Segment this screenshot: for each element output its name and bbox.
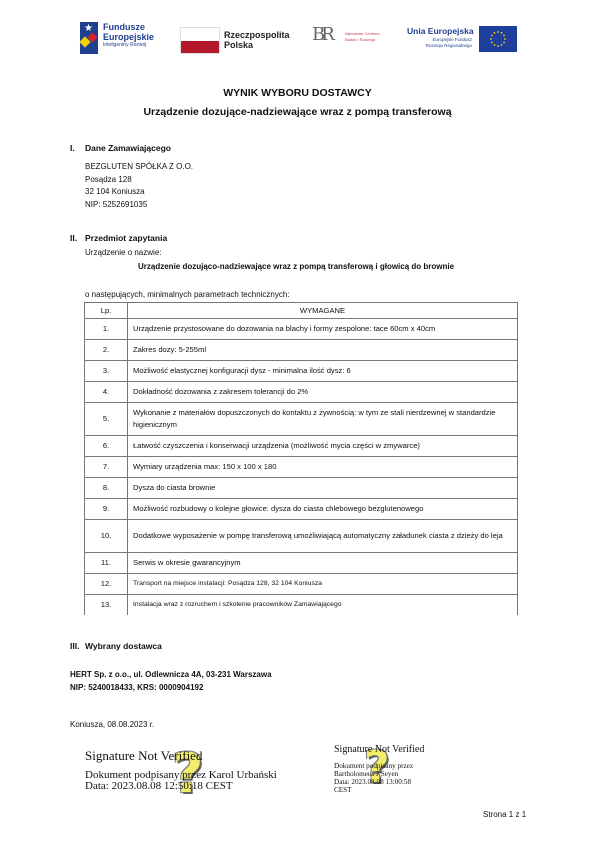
fundusze-line1: Fundusze bbox=[103, 22, 154, 32]
ncbr-line2: Badań i Rozwoju bbox=[345, 37, 380, 43]
polska-line1: Rzeczpospolita bbox=[224, 30, 290, 40]
unia-europejska-subtitle: Europejski Fundusz Rozwoju Regionalnego bbox=[412, 37, 472, 49]
table-row: 3.Możliwość elastycznej konfiguracji dys… bbox=[85, 361, 518, 382]
row-requirement: Transport na miejsce instalacji: Posądza… bbox=[128, 574, 518, 595]
row-number: 7. bbox=[85, 457, 128, 478]
row-number: 6. bbox=[85, 436, 128, 457]
polish-flag-icon bbox=[180, 27, 220, 54]
fundusze-line2: Europejskie bbox=[103, 32, 154, 42]
section-1-number: I. bbox=[70, 143, 75, 153]
document-title: WYNIK WYBORU DOSTAWCY bbox=[0, 87, 595, 99]
ue-sub2: Rozwoju Regionalnego bbox=[412, 43, 472, 49]
row-requirement: Możliwość rozbudowy o kolejne głowice: d… bbox=[128, 499, 518, 520]
row-number: 9. bbox=[85, 499, 128, 520]
row-number: 13. bbox=[85, 595, 128, 616]
section-3-title: Wybrany dostawca bbox=[85, 641, 162, 651]
table-row: 8.Dysza do ciasta brownie bbox=[85, 478, 518, 499]
device-intro: Urządzenie o nazwie: bbox=[85, 247, 161, 260]
ncbr-logo-icon: BR bbox=[312, 24, 331, 45]
signature-date: Data: 2023.08.08 12:50:18 CEST bbox=[85, 781, 277, 792]
supplier-details: HERT Sp. z o.o., ul. Odlewnicza 4A, 03-2… bbox=[70, 669, 272, 694]
document-subtitle: Urządzenie dozujące-nadziewające wraz z … bbox=[0, 106, 595, 118]
buyer-city: 32 104 Koniusza bbox=[85, 186, 193, 199]
row-requirement: Serwis w okresie gwarancyjnym bbox=[128, 553, 518, 574]
place-date: Koniusza, 08.08.2023 r. bbox=[70, 719, 154, 732]
ncbr-name: Narodowe Centrum Badań i Rozwoju bbox=[345, 31, 380, 43]
table-row: 9.Możliwość rozbudowy o kolejne głowice:… bbox=[85, 499, 518, 520]
row-requirement: Urządzenie przystosowane do dozowania na… bbox=[128, 319, 518, 340]
row-requirement: Wymiary urządzenia max: 150 x 100 x 180 bbox=[128, 457, 518, 478]
signature-status: Signature Not Verified bbox=[85, 748, 202, 764]
row-requirement: Łatwość czyszczenia i konserwacji urządz… bbox=[128, 436, 518, 457]
signature-date: Data: 2023.08.08 13:00:58 bbox=[334, 778, 413, 786]
row-number: 11. bbox=[85, 553, 128, 574]
buyer-street: Posądza 128 bbox=[85, 174, 193, 187]
table-row: 6.Łatwość czyszczenia i konserwacji urzą… bbox=[85, 436, 518, 457]
supplier-ids: NIP: 5240018433, KRS: 0000904192 bbox=[70, 682, 272, 695]
table-row: 1.Urządzenie przystosowane do dozowania … bbox=[85, 319, 518, 340]
logo-bar: ★ Fundusze Europejskie Inteligentny Rozw… bbox=[0, 0, 595, 70]
page-number: Strona 1 z 1 bbox=[483, 810, 526, 819]
device-name: Urządzenie dozująco-nadziewające wraz z … bbox=[138, 261, 454, 274]
row-number: 4. bbox=[85, 382, 128, 403]
table-row: 11.Serwis w okresie gwarancyjnym bbox=[85, 553, 518, 574]
row-requirement: Możliwość elastycznej konfiguracji dysz … bbox=[128, 361, 518, 382]
row-requirement: Dokładność dozowania z zakresem toleranc… bbox=[128, 382, 518, 403]
requirements-table: Lp. WYMAGANE 1.Urządzenie przystosowane … bbox=[84, 302, 518, 615]
signature-signer: Bartholomeus J Seyen bbox=[334, 770, 413, 778]
row-number: 12. bbox=[85, 574, 128, 595]
section-2-number: II. bbox=[70, 233, 77, 243]
unia-europejska-name: Unia Europejska bbox=[407, 26, 474, 36]
table-row: 4.Dokładność dozowania z zakresem tolera… bbox=[85, 382, 518, 403]
column-header-lp: Lp. bbox=[85, 303, 128, 319]
signature-details: Dokument podpisany przez Bartholomeus J … bbox=[334, 762, 413, 794]
table-row: 2.Zakres dozy: 5-255ml bbox=[85, 340, 518, 361]
row-number: 5. bbox=[85, 403, 128, 436]
row-requirement: Instalacja wraz z rozruchem i szkolenie … bbox=[128, 595, 518, 616]
table-row: 13.Instalacja wraz z rozruchem i szkolen… bbox=[85, 595, 518, 616]
signature-status: Signature Not Verified bbox=[334, 744, 424, 755]
section-3-number: III. bbox=[70, 641, 79, 651]
fundusze-europejskie-logo-icon: ★ bbox=[80, 22, 98, 54]
polska-line2: Polska bbox=[224, 40, 290, 50]
params-intro: o następujących, minimalnych parametrach… bbox=[85, 289, 290, 302]
table-row: 7.Wymiary urządzenia max: 150 x 100 x 18… bbox=[85, 457, 518, 478]
supplier-address: HERT Sp. z o.o., ul. Odlewnicza 4A, 03-2… bbox=[70, 669, 272, 682]
row-requirement: Wykonanie z materiałów dopuszczonych do … bbox=[128, 403, 518, 436]
fundusze-europejskie-name: Fundusze Europejskie bbox=[103, 22, 154, 42]
row-number: 1. bbox=[85, 319, 128, 340]
fundusze-subtitle: Inteligentny Rozwój bbox=[103, 42, 146, 48]
table-header-row: Lp. WYMAGANE bbox=[85, 303, 518, 319]
signature-details: Dokument podpisany przez Karol Urbański … bbox=[85, 770, 277, 792]
buyer-details: BEZGLUTEN SPÓŁKA Z O.O. Posądza 128 32 1… bbox=[85, 161, 193, 211]
row-requirement: Zakres dozy: 5-255ml bbox=[128, 340, 518, 361]
buyer-nip: NIP: 5252691035 bbox=[85, 199, 193, 212]
column-header-required: WYMAGANE bbox=[128, 303, 518, 319]
table-row: 5.Wykonanie z materiałów dopuszczonych d… bbox=[85, 403, 518, 436]
row-number: 8. bbox=[85, 478, 128, 499]
row-requirement: Dysza do ciasta brownie bbox=[128, 478, 518, 499]
section-2-title: Przedmiot zapytania bbox=[85, 233, 167, 243]
table-row: 10.Dodatkowe wyposażenie w pompę transfe… bbox=[85, 520, 518, 553]
table-row: 12.Transport na miejsce instalacji: Posą… bbox=[85, 574, 518, 595]
row-number: 3. bbox=[85, 361, 128, 382]
row-requirement: Dodatkowe wyposażenie w pompę transferow… bbox=[128, 520, 518, 553]
rzeczpospolita-polska-name: Rzeczpospolita Polska bbox=[224, 30, 290, 50]
section-1-title: Dane Zamawiającego bbox=[85, 143, 171, 153]
row-number: 2. bbox=[85, 340, 128, 361]
buyer-name: BEZGLUTEN SPÓŁKA Z O.O. bbox=[85, 161, 193, 174]
eu-flag-icon bbox=[479, 26, 517, 52]
row-number: 10. bbox=[85, 520, 128, 553]
signature-timezone: CEST bbox=[334, 786, 413, 794]
signature-signed-by-label: Dokument podpisany przez bbox=[334, 762, 413, 770]
